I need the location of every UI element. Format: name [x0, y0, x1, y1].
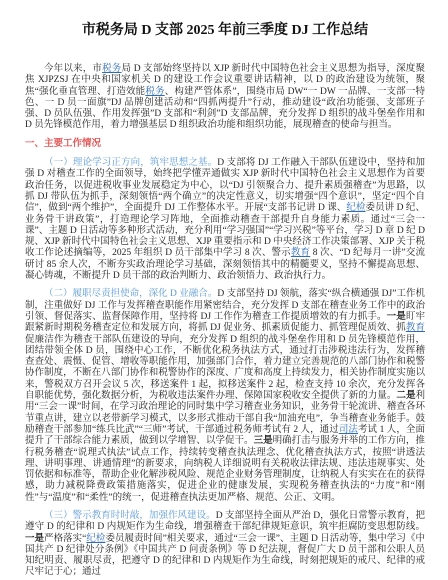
paragraph-1: （一）理论学习正方向，筑牢思想之基。D 支部将 DJ 工作融入干部队伍建设中，坚… — [25, 158, 425, 282]
bold-run: 一是 — [25, 534, 44, 544]
text-run: 促廉洁作为稽查干部队伍建设的导向，充分发挥 D 组织的战斗堡垒作用和 D 员先锋… — [25, 335, 425, 401]
sub-heading-text: （三）警示教育时时敲，加强作风建设。 — [44, 511, 216, 521]
hyperlink[interactable]: 税务 — [145, 87, 164, 97]
document-title: 市税务局 D 支部 2025 年前三季度 DJ 工作总结 — [25, 22, 425, 40]
hyperlink[interactable]: 教育 — [291, 248, 310, 258]
hyperlink[interactable]: 司法 — [339, 425, 358, 435]
paragraph-intro: 今年以来，市税务局 D 支部始终坚持以 XJP 新时代中国特色社会主义思想为指导… — [25, 64, 425, 132]
text-run: 今年以来，市 — [44, 64, 102, 74]
text-run: 一、主要工作情况 — [25, 139, 101, 149]
paragraph-3: （三）警示教育时时敲，加强作风建设。D 支部坚持全面从严治 D，强化日常警示教育… — [25, 511, 425, 579]
hyperlink[interactable]: 教育 — [406, 323, 425, 333]
bold-run: 三是 — [254, 436, 273, 446]
sub-heading-text: （一）理论学习正方向，筑牢思想之基。 — [44, 158, 217, 168]
paragraph-2: （二）履职尽责担使命，深化 D 业融合。D 支部坚持 DJ 领航，落实“纵合横通… — [25, 289, 425, 504]
document-page: 市税务局 D 支部 2025 年前三季度 DJ 工作总结 今年以来，市税务局 D… — [0, 0, 448, 580]
hyperlink[interactable]: 纪检 — [346, 203, 365, 213]
section-heading-1: 一、主要工作情况 — [25, 139, 425, 150]
hyperlink[interactable]: 纪检 — [86, 534, 105, 544]
document-body: 今年以来，市税务局 D 支部始终坚持以 XJP 新时代中国特色社会主义思想为指导… — [25, 64, 425, 579]
bold-run: 一是 — [387, 312, 406, 322]
text-run: 严格落实“ — [44, 534, 86, 544]
hyperlink[interactable]: 税务 — [102, 64, 121, 74]
bold-run: 二是 — [396, 391, 415, 401]
sub-heading-text: （二）履职尽责担使命，深化 D 业融合。 — [44, 289, 217, 299]
